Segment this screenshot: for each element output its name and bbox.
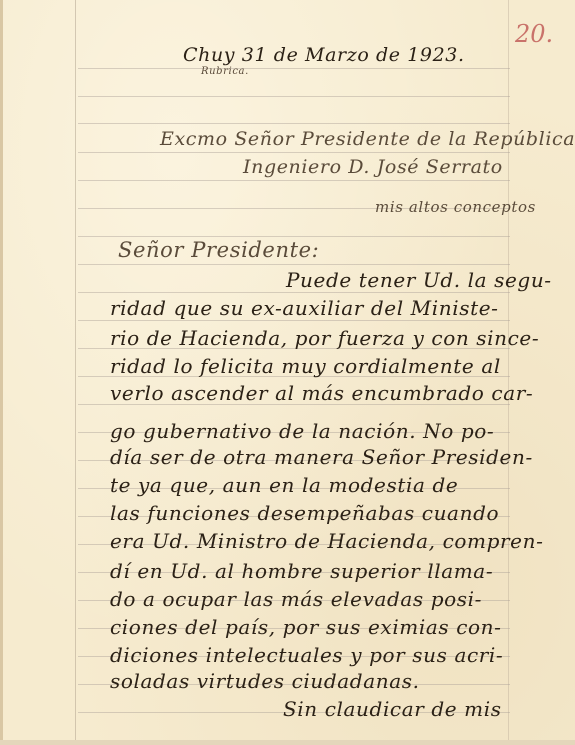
ruled-line bbox=[78, 320, 510, 321]
body-line: verlo ascender al más encumbrado car- bbox=[110, 381, 533, 405]
place-date: Chuy 31 de Marzo de 1923. bbox=[183, 44, 465, 66]
addressee-line-1: Excmo Señor Presidente de la República bbox=[160, 128, 575, 150]
ruled-line bbox=[78, 68, 510, 69]
body-line: diciones intelectuales y por sus acri- bbox=[110, 643, 503, 667]
body-line: ridad que su ex-auxiliar del Ministe- bbox=[110, 296, 499, 320]
letter-page: 20. Chuy 31 de Marzo de 1923. Rubrica. E… bbox=[3, 0, 575, 740]
body-line: era Ud. Ministro de Hacienda, compren- bbox=[110, 529, 543, 553]
body-line: soladas virtudes ciudadanas. bbox=[110, 669, 420, 693]
body-line: Sin claudicar de mis bbox=[283, 697, 502, 721]
body-line: día ser de otra manera Señor Presiden- bbox=[110, 445, 533, 469]
body-line: te ya que, aun en la modestia de bbox=[110, 473, 458, 497]
ruled-line bbox=[78, 96, 510, 97]
page-number: 20. bbox=[515, 20, 553, 48]
ruled-line bbox=[78, 152, 510, 153]
addressee-line-2: Ingeniero D. José Serrato bbox=[243, 156, 503, 178]
salutation: Señor Presidente: bbox=[118, 238, 319, 262]
left-margin-line bbox=[75, 0, 76, 740]
addressee-line-3: mis altos conceptos bbox=[375, 198, 536, 216]
body-line: do a ocupar las más elevadas posi- bbox=[110, 587, 482, 611]
scan-edge-bottom bbox=[0, 740, 575, 745]
ruled-line bbox=[78, 264, 510, 265]
ruled-line bbox=[78, 123, 510, 124]
body-line: las funciones desempeñabas cuando bbox=[110, 501, 499, 525]
ruled-line bbox=[78, 236, 510, 237]
body-line: Puede tener Ud. la segu- bbox=[286, 268, 552, 292]
body-line: dí en Ud. al hombre superior llama- bbox=[110, 559, 493, 583]
ruled-line bbox=[78, 180, 510, 181]
body-line: go gubernativo de la nación. No po- bbox=[110, 419, 494, 443]
place-note: Rubrica. bbox=[201, 66, 249, 77]
ruled-line bbox=[78, 292, 510, 293]
right-margin-line bbox=[508, 0, 509, 740]
body-line: rio de Hacienda, por fuerza y con since- bbox=[110, 326, 539, 350]
body-line: ridad lo felicita muy cordialmente al bbox=[110, 354, 501, 378]
body-line: ciones del país, por sus eximias con- bbox=[110, 615, 502, 639]
